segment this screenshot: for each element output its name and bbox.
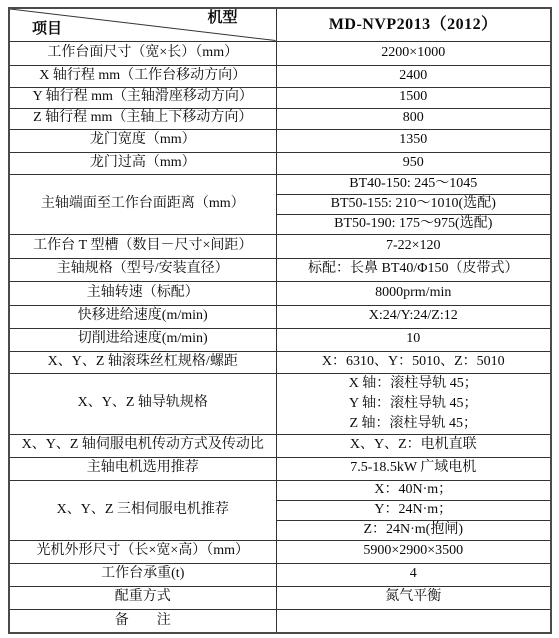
spec-row: 主轴电机选用推荐 7.5-18.5kW 广域电机 [9, 457, 551, 480]
spec-value-line: Y 轴：滚柱导轨 45； [279, 394, 549, 414]
spec-subvalue: BT40-150: 245～1045 [276, 174, 551, 194]
spec-label: X、Y、Z 轴滚珠丝杠规格/螺距 [9, 351, 276, 373]
spec-label: 切削进给速度(m/min) [9, 328, 276, 351]
spec-row: 备 注 [9, 609, 551, 633]
spec-value: X、Y、Z：电机直联 [276, 434, 551, 457]
spec-value: 7-22×120 [276, 234, 551, 258]
spec-row: 配重方式 氮气平衡 [9, 586, 551, 609]
spec-label: 快移进给速度(m/min) [9, 305, 276, 328]
spec-row: X 轴行程 mm（工作台移动方向） 2400 [9, 65, 551, 87]
spec-value [276, 609, 551, 633]
spec-label: X、Y、Z 三相伺服电机推荐 [9, 480, 276, 540]
spec-value: 950 [276, 152, 551, 174]
spec-value: 5900×2900×3500 [276, 540, 551, 563]
spec-label: 备 注 [9, 609, 276, 633]
spec-value: 1500 [276, 87, 551, 108]
spec-value: 2200×1000 [276, 41, 551, 65]
spec-row-group: 主轴端面至工作台面距离（mm） BT40-150: 245～1045 [9, 174, 551, 194]
header-row: 机型 项目 MD-NVP2013（2012） [9, 8, 551, 41]
spec-value: 7.5-18.5kW 广域电机 [276, 457, 551, 480]
spec-value: 氮气平衡 [276, 586, 551, 609]
machine-spec-table: 机型 项目 MD-NVP2013（2012） 工作台面尺寸（宽×长）（mm） 2… [8, 7, 552, 634]
spec-subvalue: X：40N·m； [276, 480, 551, 500]
spec-row: X、Y、Z 轴导轨规格 X 轴：滚柱导轨 45； Y 轴：滚柱导轨 45； Z … [9, 373, 551, 434]
spec-row: 光机外形尺寸（长×宽×高）（mm） 5900×2900×3500 [9, 540, 551, 563]
spec-row: 工作台承重(t) 4 [9, 563, 551, 586]
spec-value: 10 [276, 328, 551, 351]
spec-value-line: Z 轴：滚柱导轨 45； [279, 414, 549, 434]
spec-value: X:24/Y:24/Z:12 [276, 305, 551, 328]
spec-value: 2400 [276, 65, 551, 87]
spec-value: X：6310、Y：5010、Z：5010 [276, 351, 551, 373]
spec-subvalue: Z：24N·m(抱闸) [276, 520, 551, 540]
spec-value: 4 [276, 563, 551, 586]
spec-row: X、Y、Z 轴伺服电机传动方式及传动比 X、Y、Z：电机直联 [9, 434, 551, 457]
spec-row: 龙门过高（mm） 950 [9, 152, 551, 174]
spec-label: X 轴行程 mm（工作台移动方向） [9, 65, 276, 87]
spec-label: 工作台 T 型槽（数目－尺寸×间距） [9, 234, 276, 258]
spec-label: X、Y、Z 轴伺服电机传动方式及传动比 [9, 434, 276, 457]
spec-value: 标配：长鼻 BT40/Φ150（皮带式） [276, 258, 551, 281]
spec-label: 龙门宽度（mm） [9, 129, 276, 152]
spec-row: 工作台面尺寸（宽×长）（mm） 2200×1000 [9, 41, 551, 65]
spec-label: X、Y、Z 轴导轨规格 [9, 373, 276, 434]
spec-value: 1350 [276, 129, 551, 152]
spec-row: 主轴规格（型号/安装直径） 标配：长鼻 BT40/Φ150（皮带式） [9, 258, 551, 281]
spec-label: 主轴电机选用推荐 [9, 457, 276, 480]
spec-subvalue: BT50-155: 210～1010(选配) [276, 194, 551, 214]
spec-row: 主轴转速（标配） 8000prm/min [9, 281, 551, 305]
spec-value: 800 [276, 108, 551, 129]
model-name: MD-NVP2013（2012） [276, 8, 551, 41]
spec-subvalue: Y：24N·m； [276, 500, 551, 520]
header-corner-bottom-label: 项目 [32, 21, 62, 38]
spec-row: Z 轴行程 mm（主轴上下移动方向） 800 [9, 108, 551, 129]
spec-row: 龙门宽度（mm） 1350 [9, 129, 551, 152]
spec-row: 工作台 T 型槽（数目－尺寸×间距） 7-22×120 [9, 234, 551, 258]
spec-label: 主轴转速（标配） [9, 281, 276, 305]
spec-label: 光机外形尺寸（长×宽×高）（mm） [9, 540, 276, 563]
spec-value-line: X 轴：滚柱导轨 45； [279, 374, 549, 394]
spec-label: 龙门过高（mm） [9, 152, 276, 174]
spec-label: Y 轴行程 mm（主轴滑座移动方向） [9, 87, 276, 108]
spec-row: 快移进给速度(m/min) X:24/Y:24/Z:12 [9, 305, 551, 328]
spec-row-group: X、Y、Z 三相伺服电机推荐 X：40N·m； [9, 480, 551, 500]
spec-subvalue: BT50-190: 175～975(选配) [276, 214, 551, 234]
spec-value: 8000prm/min [276, 281, 551, 305]
spec-label: 配重方式 [9, 586, 276, 609]
spec-label: 工作台承重(t) [9, 563, 276, 586]
spec-row: Y 轴行程 mm（主轴滑座移动方向） 1500 [9, 87, 551, 108]
header-corner-cell: 机型 项目 [9, 8, 276, 41]
spec-row: 切削进给速度(m/min) 10 [9, 328, 551, 351]
header-corner-top-label: 机型 [207, 10, 237, 27]
spec-label: 主轴端面至工作台面距离（mm） [9, 174, 276, 234]
spec-value-multiline: X 轴：滚柱导轨 45； Y 轴：滚柱导轨 45； Z 轴：滚柱导轨 45； [276, 373, 551, 434]
spec-label: 工作台面尺寸（宽×长）（mm） [9, 41, 276, 65]
spec-row: X、Y、Z 轴滚珠丝杠规格/螺距 X：6310、Y：5010、Z：5010 [9, 351, 551, 373]
spec-label: Z 轴行程 mm（主轴上下移动方向） [9, 108, 276, 129]
spec-label: 主轴规格（型号/安装直径） [9, 258, 276, 281]
